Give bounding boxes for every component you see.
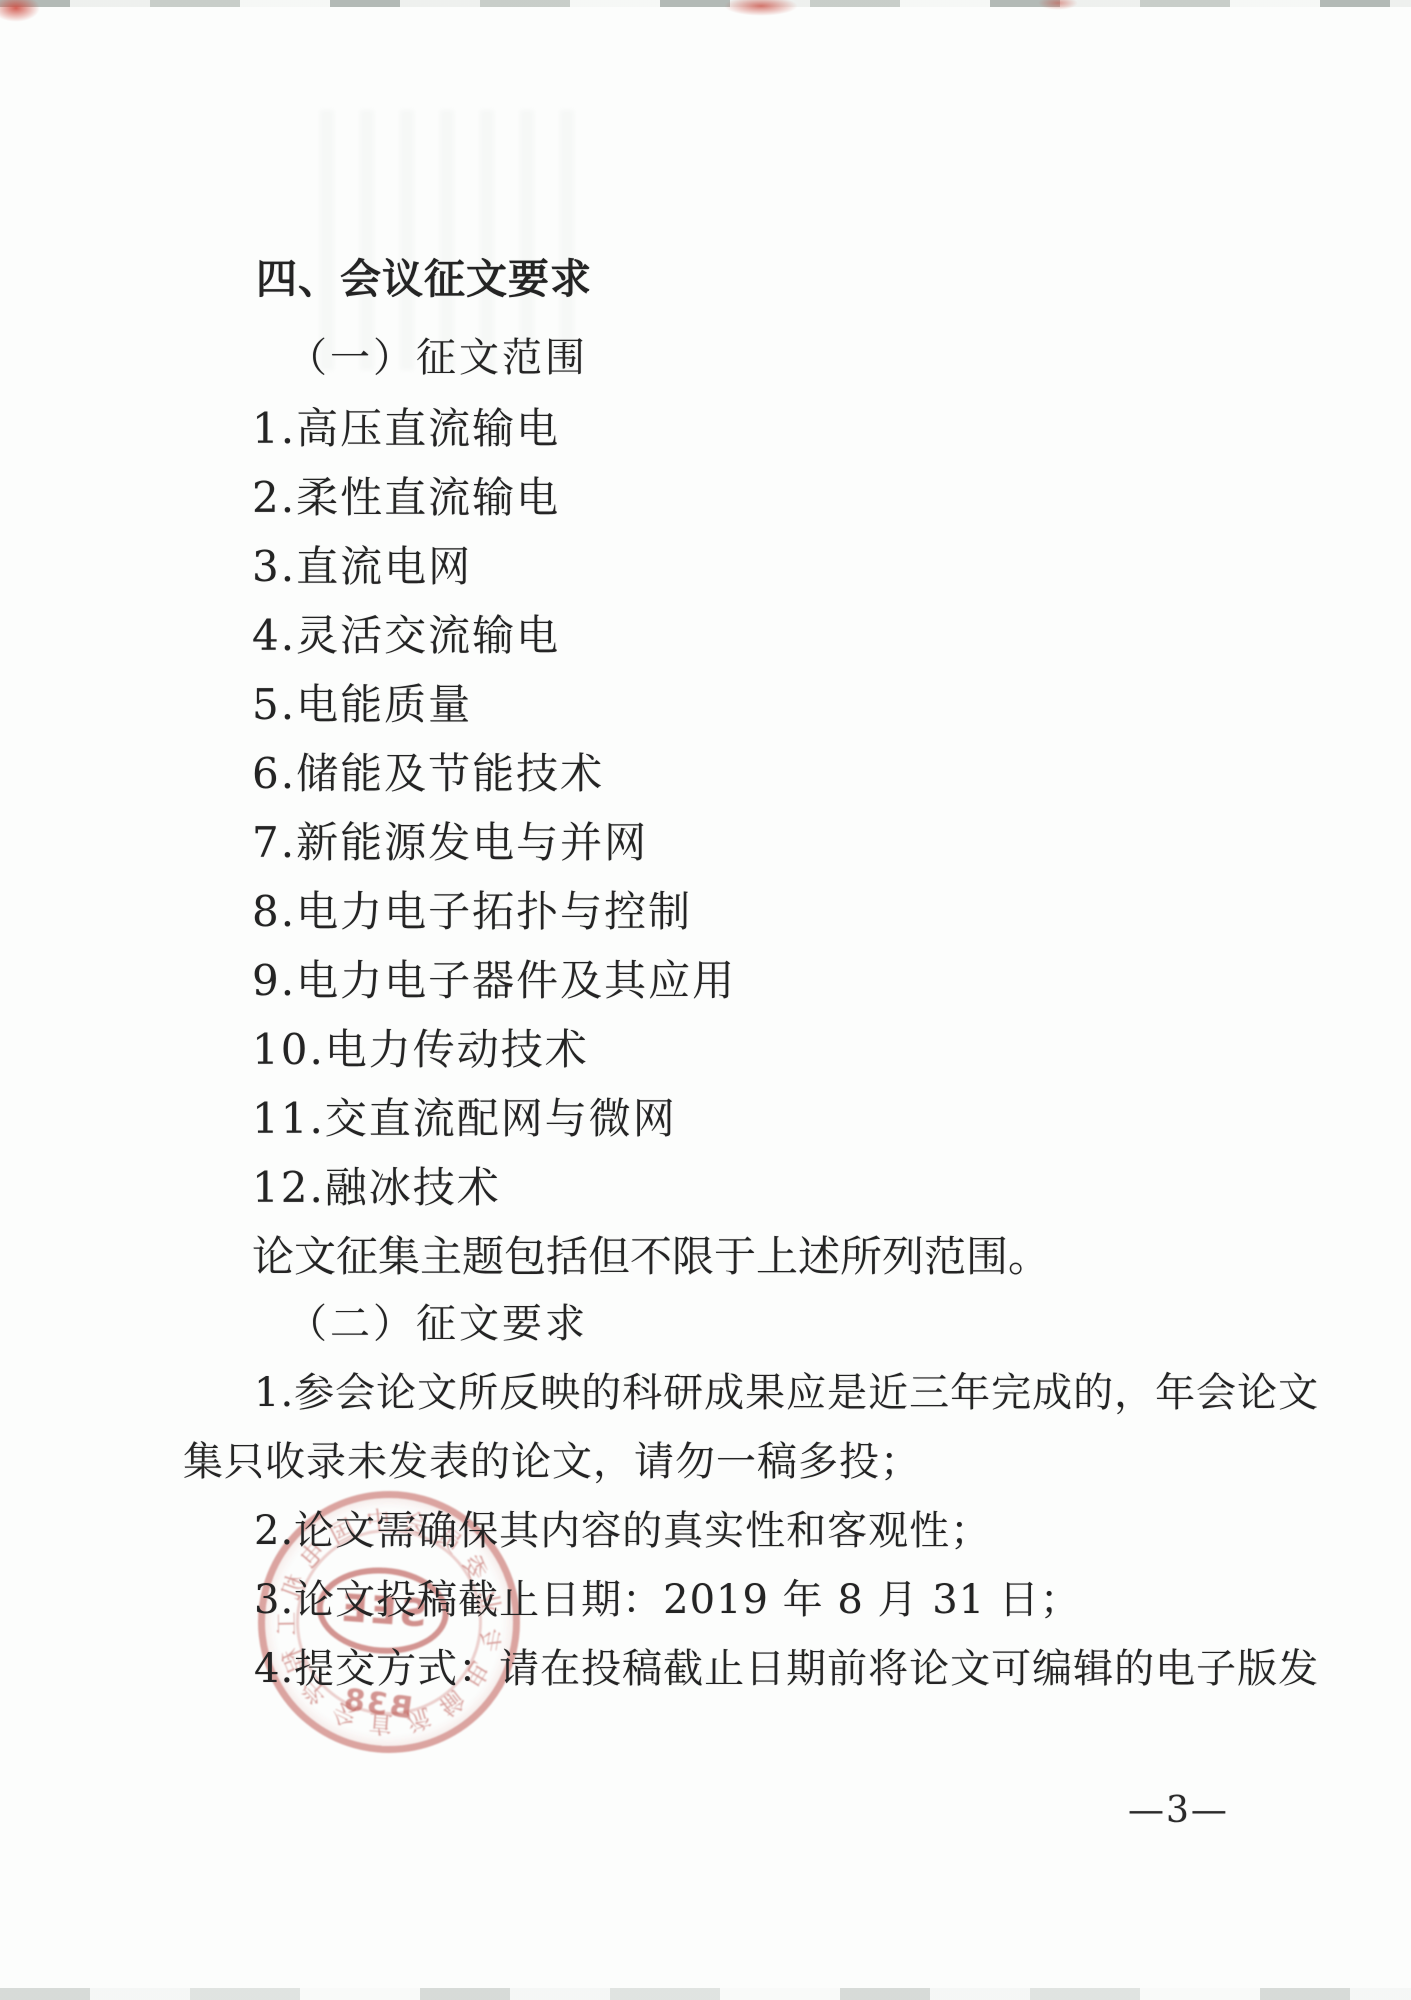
requirement-line: 1.参会论文所反映的科研成果应是近三年完成的，年会论文 — [254, 1370, 1319, 1417]
red-ink-smudge — [724, 0, 798, 16]
section-heading: 四、会议征文要求 — [256, 255, 592, 303]
scan-edge-artifact-top — [0, 0, 1411, 7]
scope-list-item: 5.电能质量 — [252, 680, 472, 730]
requirement-line: 4.提交方式：请在投稿截止日期前将论文可编辑的电子版发 — [254, 1646, 1319, 1693]
scope-note: 论文征集主题包括但不限于上述所列范围。 — [252, 1232, 1050, 1282]
scope-list-item: 2.柔性直流输电 — [252, 473, 560, 523]
scan-streaks — [320, 110, 580, 370]
scanned-document-page: 中国电机工程学会直流输电专业委员会 SEE B38 四、会议征文要求 （一）征文… — [0, 0, 1411, 2000]
scope-list-item: 1.高压直流输电 — [252, 404, 560, 454]
scope-list-item: 8.电力电子拓扑与控制 — [252, 887, 692, 937]
red-ink-smudge — [0, 0, 40, 22]
scan-edge-artifact-bottom — [0, 1988, 1411, 2000]
scope-list-item: 4.灵活交流输电 — [252, 611, 560, 661]
scope-list-item: 10.电力传动技术 — [252, 1025, 589, 1075]
scope-list-item: 3.直流电网 — [252, 542, 472, 592]
red-ink-smudge — [1038, 0, 1078, 10]
requirement-line: 2.论文需确保其内容的真实性和客观性； — [254, 1508, 991, 1555]
scope-list-item: 11.交直流配网与微网 — [252, 1094, 677, 1144]
scope-list-item: 7.新能源发电与并网 — [252, 818, 648, 868]
scope-list-item: 6.储能及节能技术 — [252, 749, 604, 799]
requirement-line: 3.论文投稿截止日期：2019 年 8 月 31 日； — [254, 1577, 1081, 1624]
page-number: —3— — [1128, 1790, 1229, 1832]
scope-list-item: 9.电力电子器件及其应用 — [252, 956, 736, 1006]
requirement-line: 集只收录未发表的论文，请勿一稿多投； — [183, 1439, 921, 1486]
subsection2-title: （二）征文要求 — [287, 1301, 588, 1348]
subsection1-title: （一）征文范围 — [287, 335, 588, 382]
scope-list-item: 12.融冰技术 — [252, 1163, 501, 1213]
